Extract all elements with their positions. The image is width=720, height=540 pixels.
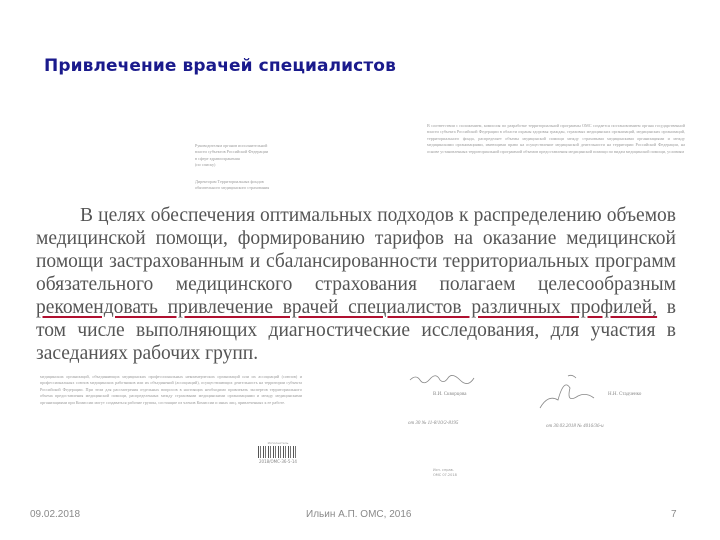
main-paragraph: В целях обеспечения оптимальных подходов…	[36, 204, 676, 365]
registration-2: от 30.03.2018 № 4016/36-и	[546, 424, 604, 429]
slide-title: Привлечение врачей специалистов	[44, 56, 396, 76]
executor-stamp: Исп. справ. ОМС 07.2018	[433, 468, 457, 478]
main-text-before: В целях обеспечения оптимальных подходов…	[36, 205, 676, 295]
footer-date: 09.02.2018	[30, 509, 80, 520]
barcode-icon	[258, 446, 298, 458]
signatory-1-name: В.И. Скворцова	[433, 392, 466, 397]
signature-area: В.И. Скворцова Н.Н. Стадченко от 30 № 11…	[408, 368, 688, 498]
addressee-block: Руководителям органов исполнительной вла…	[195, 143, 345, 191]
signatory-2-name: Н.Н. Стадченко	[608, 392, 641, 397]
spacer	[195, 169, 345, 179]
footer-author: Ильин А.П. ОМС, 2016	[306, 509, 411, 520]
registration-1: от 30 № 11-8/10/2-8195	[408, 421, 458, 426]
addressee-line: обязательного медицинского страхования	[195, 185, 345, 191]
stamp-line: ОМС 07.2018	[433, 473, 457, 478]
signature-2-icon	[538, 374, 598, 412]
barcode-number: 2018/ОМС-36-5-14	[258, 459, 298, 464]
letter-bottom-text: медицинских организаций, объединяющих ме…	[40, 374, 302, 406]
barcode-stamp: Исполнитель 2018/ОМС-36-5-14	[258, 441, 298, 464]
main-text-highlighted: рекомендовать привлечение врачей специал…	[36, 297, 657, 318]
page-number: 7	[671, 509, 677, 520]
letter-top-text: В соответствии с положением, комиссия по…	[427, 123, 685, 155]
signature-1-icon	[408, 372, 478, 386]
barcode-label: Исполнитель	[258, 441, 298, 445]
